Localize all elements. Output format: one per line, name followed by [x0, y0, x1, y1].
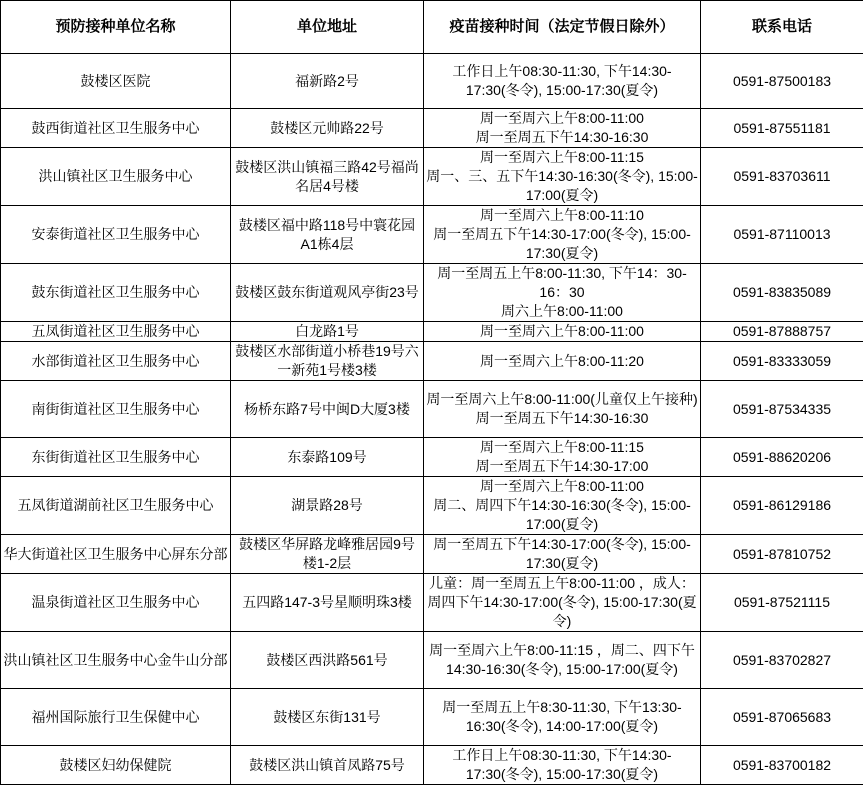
phone-cell: 0591-87500183 [701, 54, 863, 109]
vaccination-time-cell: 儿童：周一至周五上午8:00-11:00 ，成人：周四下午14:30-17:00… [424, 574, 701, 632]
phone-cell: 0591-87065683 [701, 689, 863, 746]
phone-cell: 0591-87521115 [701, 574, 863, 632]
table-row: 洪山镇社区卫生服务中心鼓楼区洪山镇福三路42号福尚名居4号楼周一至周六上午8:0… [1, 148, 863, 206]
vaccination-time-cell: 工作日上午08:30-11:30, 下午14:30-17:30(冬令), 15:… [424, 746, 701, 785]
unit-name-cell: 东街街道社区卫生服务中心 [1, 438, 231, 477]
phone-cell: 0591-87534335 [701, 381, 863, 438]
unit-name-cell: 鼓东街道社区卫生服务中心 [1, 264, 231, 322]
unit-address-cell: 白龙路1号 [231, 322, 424, 342]
phone-cell: 0591-83700182 [701, 746, 863, 785]
unit-address-cell: 鼓楼区西洪路561号 [231, 632, 424, 689]
unit-address-cell: 鼓楼区洪山镇福三路42号福尚名居4号楼 [231, 148, 424, 206]
vaccination-time-cell: 周一至周五上午8:00-11:30, 下午14：30-16：30 周六上午8:0… [424, 264, 701, 322]
unit-address-cell: 湖景路28号 [231, 477, 424, 535]
unit-address-cell: 鼓楼区福中路118号中寰花园A1栋4层 [231, 206, 424, 264]
table-row: 鼓楼区医院福新路2号工作日上午08:30-11:30, 下午14:30-17:3… [1, 54, 863, 109]
header-unit-address: 单位地址 [231, 1, 424, 54]
vaccination-time-cell: 周一至周六上午8:00-11:10 周一至周五下午14:30-17:00(冬令)… [424, 206, 701, 264]
table-body: 鼓楼区医院福新路2号工作日上午08:30-11:30, 下午14:30-17:3… [1, 54, 863, 785]
unit-name-cell: 华大街道社区卫生服务中心屏东分部 [1, 535, 231, 574]
vaccination-time-cell: 周一至周六上午8:00-11:15 ，周二、四下午14:30-16:30(冬令)… [424, 632, 701, 689]
table-row: 福州国际旅行卫生保健中心鼓楼区东街131号周一至周五上午8:30-11:30, … [1, 689, 863, 746]
unit-name-cell: 洪山镇社区卫生服务中心金牛山分部 [1, 632, 231, 689]
unit-address-cell: 五四路147-3号星顺明珠3楼 [231, 574, 424, 632]
vaccination-time-cell: 周一至周六上午8:00-11:00(儿童仅上午接种) 周一至周五下午14:30-… [424, 381, 701, 438]
unit-address-cell: 鼓楼区元帅路22号 [231, 109, 424, 148]
phone-cell: 0591-88620206 [701, 438, 863, 477]
table-row: 华大街道社区卫生服务中心屏东分部鼓楼区华屏路龙峰雅居园9号楼1-2层周一至周五下… [1, 535, 863, 574]
header-unit-name: 预防接种单位名称 [1, 1, 231, 54]
unit-name-cell: 安泰街道社区卫生服务中心 [1, 206, 231, 264]
table-row: 五凤街道湖前社区卫生服务中心湖景路28号周一至周六上午8:00-11:00 周二… [1, 477, 863, 535]
table-header-row: 预防接种单位名称 单位地址 疫苗接种时间（法定节假日除外） 联系电话 [1, 1, 863, 54]
vaccination-time-cell: 周一至周六上午8:00-11:15 周一、三、五下午14:30-16:30(冬令… [424, 148, 701, 206]
phone-cell: 0591-83703611 [701, 148, 863, 206]
vaccination-time-cell: 周一至周六上午8:00-11:15 周一至周五下午14:30-17:00 [424, 438, 701, 477]
unit-name-cell: 鼓楼区妇幼保健院 [1, 746, 231, 785]
unit-address-cell: 鼓楼区华屏路龙峰雅居园9号楼1-2层 [231, 535, 424, 574]
unit-address-cell: 鼓楼区鼓东街道观风亭街23号 [231, 264, 424, 322]
header-phone: 联系电话 [701, 1, 863, 54]
table-row: 南街街道社区卫生服务中心杨桥东路7号中闽D大厦3楼周一至周六上午8:00-11:… [1, 381, 863, 438]
unit-address-cell: 杨桥东路7号中闽D大厦3楼 [231, 381, 424, 438]
unit-name-cell: 南街街道社区卫生服务中心 [1, 381, 231, 438]
table-row: 鼓西街道社区卫生服务中心鼓楼区元帅路22号周一至周六上午8:00-11:00 周… [1, 109, 863, 148]
phone-cell: 0591-87551181 [701, 109, 863, 148]
table-row: 温泉街道社区卫生服务中心五四路147-3号星顺明珠3楼儿童：周一至周五上午8:0… [1, 574, 863, 632]
vaccination-time-cell: 周一至周五下午14:30-17:00(冬令), 15:00-17:30(夏令) [424, 535, 701, 574]
unit-address-cell: 鼓楼区水部街道小桥巷19号六一新苑1号楼3楼 [231, 342, 424, 381]
unit-name-cell: 温泉街道社区卫生服务中心 [1, 574, 231, 632]
vaccination-time-cell: 周一至周五上午8:30-11:30, 下午13:30-16:30(冬令), 14… [424, 689, 701, 746]
vaccination-time-cell: 工作日上午08:30-11:30, 下午14:30-17:30(冬令), 15:… [424, 54, 701, 109]
unit-name-cell: 洪山镇社区卫生服务中心 [1, 148, 231, 206]
vaccination-time-cell: 周一至周六上午8:00-11:00 周一至周五下午14:30-16:30 [424, 109, 701, 148]
vaccination-time-cell: 周一至周六上午8:00-11:00 [424, 322, 701, 342]
phone-cell: 0591-83333059 [701, 342, 863, 381]
unit-name-cell: 鼓楼区医院 [1, 54, 231, 109]
table-row: 鼓东街道社区卫生服务中心鼓楼区鼓东街道观风亭街23号周一至周五上午8:00-11… [1, 264, 863, 322]
unit-address-cell: 东泰路109号 [231, 438, 424, 477]
table-row: 五凤街道社区卫生服务中心白龙路1号周一至周六上午8:00-11:000591-8… [1, 322, 863, 342]
phone-cell: 0591-87110013 [701, 206, 863, 264]
phone-cell: 0591-83702827 [701, 632, 863, 689]
phone-cell: 0591-87810752 [701, 535, 863, 574]
vaccination-units-table: 预防接种单位名称 单位地址 疫苗接种时间（法定节假日除外） 联系电话 鼓楼区医院… [0, 0, 863, 785]
phone-cell: 0591-87888757 [701, 322, 863, 342]
unit-name-cell: 五凤街道社区卫生服务中心 [1, 322, 231, 342]
table-row: 洪山镇社区卫生服务中心金牛山分部鼓楼区西洪路561号周一至周六上午8:00-11… [1, 632, 863, 689]
vaccination-time-cell: 周一至周六上午8:00-11:20 [424, 342, 701, 381]
unit-address-cell: 福新路2号 [231, 54, 424, 109]
phone-cell: 0591-83835089 [701, 264, 863, 322]
unit-name-cell: 福州国际旅行卫生保健中心 [1, 689, 231, 746]
unit-address-cell: 鼓楼区洪山镇首凤路75号 [231, 746, 424, 785]
phone-cell: 0591-86129186 [701, 477, 863, 535]
unit-address-cell: 鼓楼区东街131号 [231, 689, 424, 746]
table-row: 安泰街道社区卫生服务中心鼓楼区福中路118号中寰花园A1栋4层周一至周六上午8:… [1, 206, 863, 264]
table-row: 东街街道社区卫生服务中心东泰路109号周一至周六上午8:00-11:15 周一至… [1, 438, 863, 477]
vaccination-time-cell: 周一至周六上午8:00-11:00 周二、周四下午14:30-16:30(冬令)… [424, 477, 701, 535]
table-row: 水部街道社区卫生服务中心鼓楼区水部街道小桥巷19号六一新苑1号楼3楼周一至周六上… [1, 342, 863, 381]
unit-name-cell: 水部街道社区卫生服务中心 [1, 342, 231, 381]
unit-name-cell: 鼓西街道社区卫生服务中心 [1, 109, 231, 148]
unit-name-cell: 五凤街道湖前社区卫生服务中心 [1, 477, 231, 535]
table-row: 鼓楼区妇幼保健院鼓楼区洪山镇首凤路75号工作日上午08:30-11:30, 下午… [1, 746, 863, 785]
header-vaccination-time: 疫苗接种时间（法定节假日除外） [424, 1, 701, 54]
